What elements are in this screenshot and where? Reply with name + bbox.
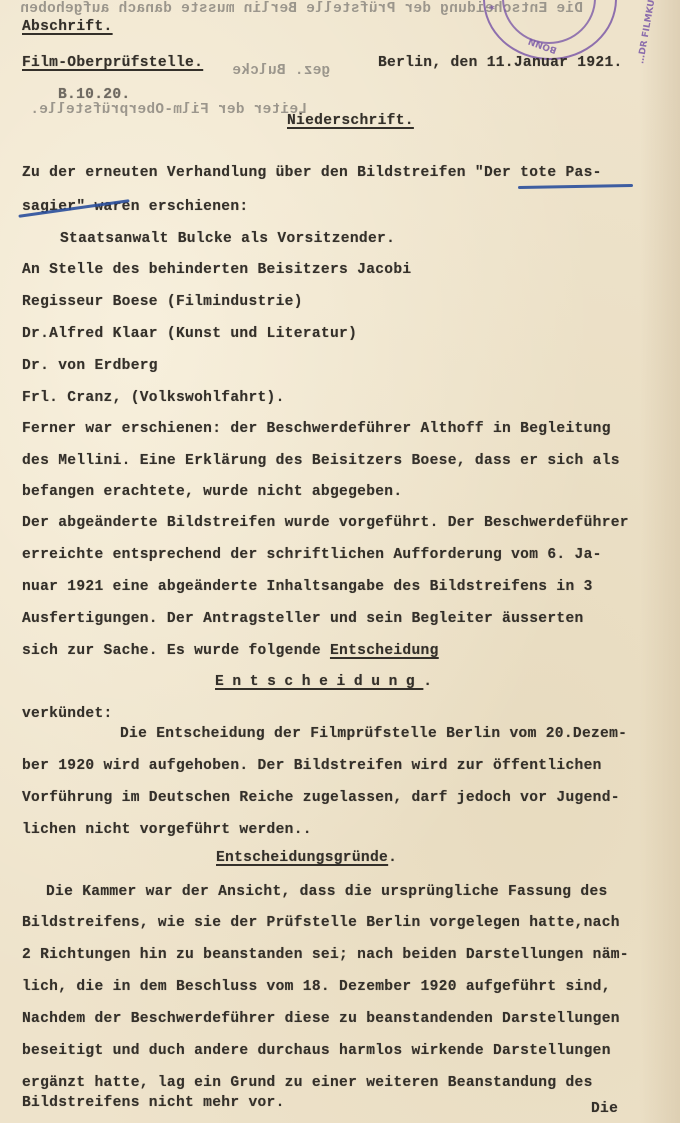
reasons-heading-text: Entscheidungsgründe <box>216 850 388 866</box>
file-reference: B.10.20. <box>58 87 130 103</box>
page-catchword: Die <box>591 1101 618 1117</box>
reasons-line: ergänzt hatte, lag ein Grund zu einer we… <box>22 1075 593 1091</box>
heading-period: . <box>423 674 432 690</box>
decision-line: Vorführung im Deutschen Reiche zugelasse… <box>22 790 620 806</box>
paragraph-line: nuar 1921 eine abgeänderte Inhaltsangabe… <box>22 579 593 595</box>
reasons-line: Bildstreifens nicht mehr vor. <box>22 1095 285 1111</box>
paragraph-line: des Mellini. Eine Erklärung des Beisitze… <box>22 453 620 469</box>
attendee: Staatsanwalt Bulcke als Vorsitzender. <box>60 231 395 247</box>
stamp-star-icon: * <box>489 3 495 16</box>
decision-heading: Entscheidung. <box>215 674 432 690</box>
decision-line: ber 1920 wird aufgehoben. Der Bildstreif… <box>22 758 602 774</box>
attendee: Dr.Alfred Klaar (Kunst und Literatur) <box>22 326 357 342</box>
decision-line: lichen nicht vorgeführt werden.. <box>22 822 312 838</box>
bleed-through-text: gez. Bulcke <box>232 63 330 79</box>
paragraph-line: Ferner war erschienen: der Beschwerdefüh… <box>22 421 611 437</box>
reasons-line: 2 Richtungen hin zu beanstanden sei; nac… <box>22 947 629 963</box>
paragraph-text: sich zur Sache. Es wurde folgende <box>22 643 330 659</box>
paragraph-line: sich zur Sache. Es wurde folgende Entsch… <box>22 643 439 659</box>
announced-label: verkündet: <box>22 706 113 722</box>
reasons-line: Die Kammer war der Ansicht, dass die urs… <box>46 884 608 900</box>
bleed-through-text: Leiter der Film-Oberprüfstelle. <box>30 102 307 118</box>
reasons-line: lich, die in dem Beschluss vom 18. Dezem… <box>22 979 611 995</box>
attendee: Dr. von Erdberg <box>22 358 158 374</box>
intro-line-2: sagier" waren erschienen: <box>22 199 248 215</box>
paragraph-line: Ausfertigungen. Der Antragsteller und se… <box>22 611 584 627</box>
pen-underline <box>518 184 633 189</box>
reasons-line: Bildstreifens, wie sie der Prüfstelle Be… <box>22 915 620 931</box>
paragraph-line: befangen erachtete, wurde nicht abgegebe… <box>22 484 402 500</box>
place-date: Berlin, den 11.Januar 1921. <box>378 55 623 71</box>
stamp-text-top: …DR FILMKUNST E.V. <box>636 0 664 65</box>
reasons-line: beseitigt und duch andere durchaus harml… <box>22 1043 611 1059</box>
attendee: Frl. Cranz, (Volkswohlfahrt). <box>22 390 285 406</box>
attendee: Regisseur Boese (Filmindustrie) <box>22 294 303 310</box>
heading-period: . <box>388 850 397 866</box>
decision-line: Die Entscheidung der Filmprüfstelle Berl… <box>120 726 627 742</box>
underlined-word: Entscheidung <box>330 643 439 659</box>
issuer: Film-Oberprüfstelle. <box>22 55 203 71</box>
attendee: An Stelle des behinderten Beisitzers Jac… <box>22 262 411 278</box>
document-title: Niederschrift. <box>287 113 414 129</box>
reasons-line: Nachdem der Beschwerdeführer diese zu be… <box>22 1011 620 1027</box>
intro-line-1: Zu der erneuten Verhandlung über den Bil… <box>22 165 602 181</box>
decision-heading-text: Entscheidung <box>215 674 423 690</box>
paragraph-line: Der abgeänderte Bildstreifen wurde vorge… <box>22 515 629 531</box>
copy-label: Abschrift. <box>22 19 113 35</box>
paragraph-line: erreichte entsprechend der schriftlichen… <box>22 547 602 563</box>
reasons-heading: Entscheidungsgründe. <box>216 850 397 866</box>
